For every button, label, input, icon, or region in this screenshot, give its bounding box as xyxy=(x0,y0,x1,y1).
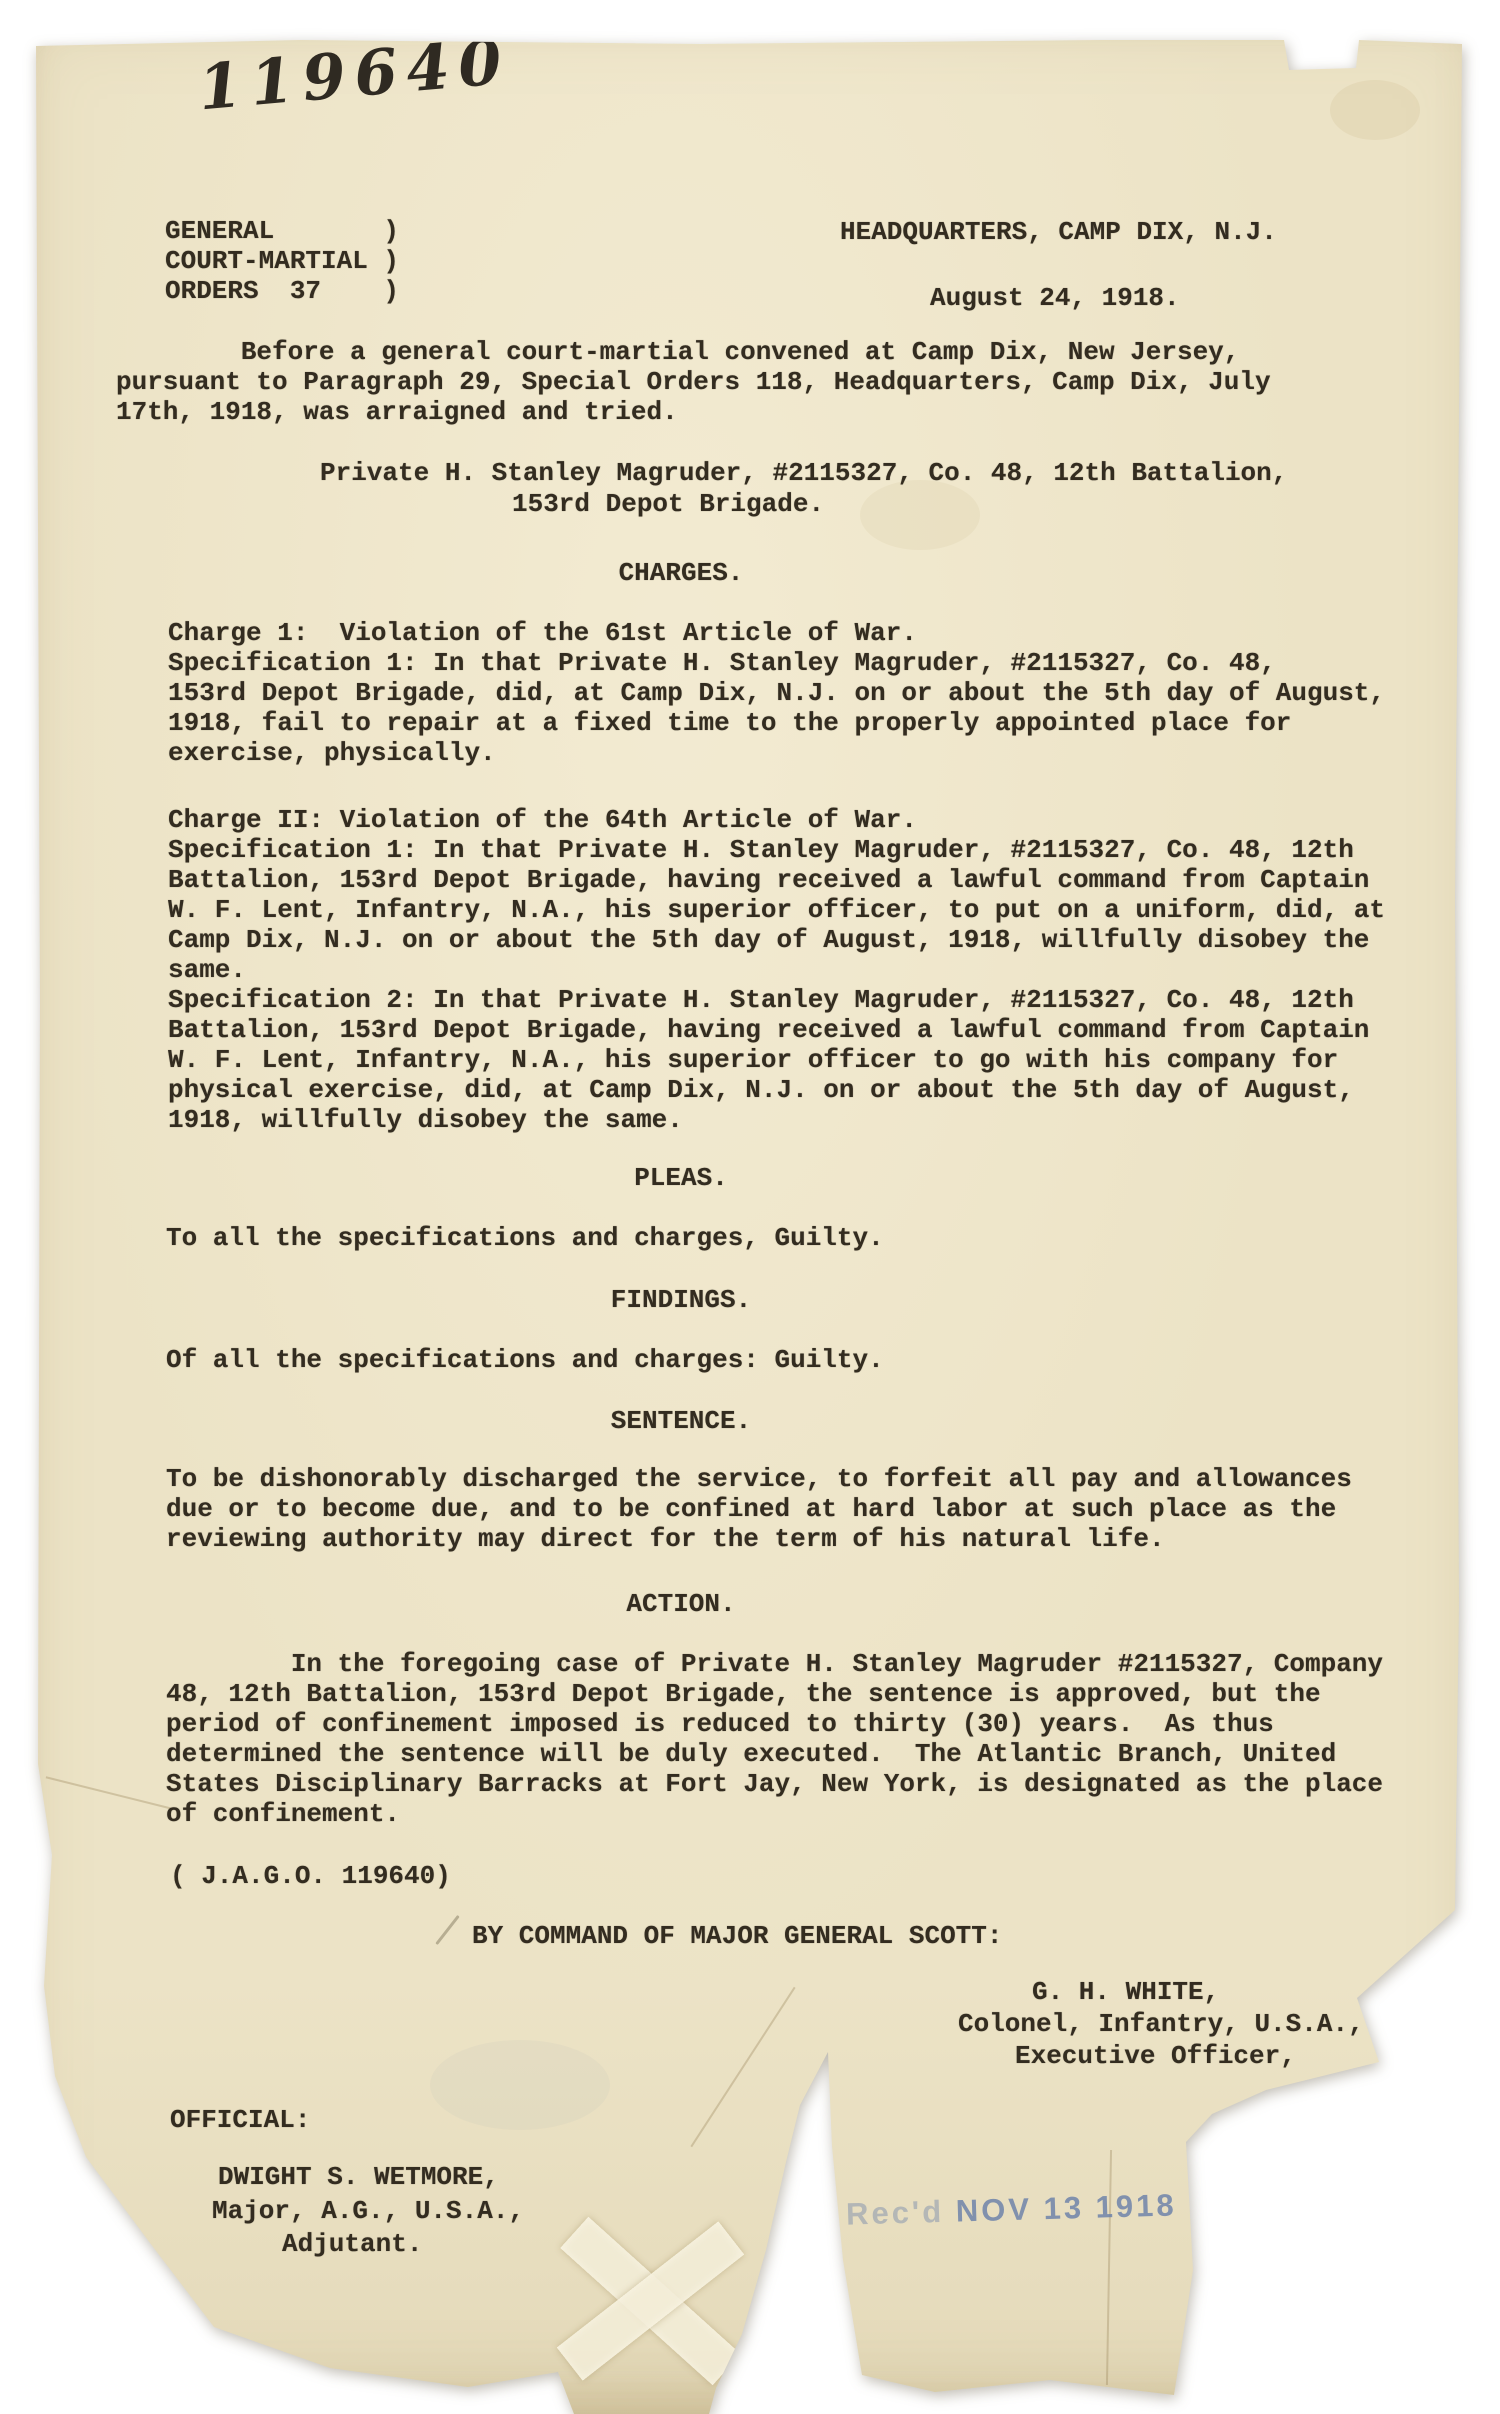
official-signature-title1: Major, A.G., U.S.A., xyxy=(212,2196,524,2226)
signature-name: G. H. WHITE, xyxy=(1032,1977,1219,2007)
jago-reference-line: ( J.A.G.O. 119640) xyxy=(170,1861,451,1891)
headquarters-line: HEADQUARTERS, CAMP DIX, N.J. xyxy=(840,217,1277,247)
stamp-date: NOV 13 1918 xyxy=(955,2187,1177,2228)
pencil-tick-mark xyxy=(435,1915,460,1945)
action-body: In the foregoing case of Private H. Stan… xyxy=(166,1649,1383,1829)
order-number-block: GENERAL ) COURT-MARTIAL ) ORDERS 37 ) xyxy=(165,216,399,306)
scan-background: 119640 GENERAL ) COURT-MARTIAL ) ORDERS … xyxy=(0,0,1500,2414)
charge2-block: Charge II: Violation of the 64th Article… xyxy=(168,805,1385,985)
official-label: OFFICIAL: xyxy=(170,2105,310,2135)
folded-tape-piece xyxy=(557,2221,744,2380)
signature-title2: Executive Officer, xyxy=(1015,2041,1296,2071)
sentence-body: To be dishonorably discharged the servic… xyxy=(166,1464,1352,1554)
findings-body: Of all the specifications and charges: G… xyxy=(166,1345,884,1375)
paper-stain xyxy=(430,2040,610,2130)
action-heading: ACTION. xyxy=(166,1589,1196,1619)
paper-shadow: 119640 GENERAL ) COURT-MARTIAL ) ORDERS … xyxy=(0,0,1500,2414)
findings-heading: FINDINGS. xyxy=(166,1285,1196,1315)
charges-heading: CHARGES. xyxy=(166,558,1196,588)
official-signature-title2: Adjutant. xyxy=(282,2229,422,2259)
paper-stain xyxy=(1330,80,1420,140)
pleas-body: To all the specifications and charges, G… xyxy=(166,1223,884,1253)
stamp-prefix: Rec'd xyxy=(846,2194,957,2232)
charge1-block: Charge 1: Violation of the 61st Article … xyxy=(168,618,1385,768)
crease-line xyxy=(1106,2150,1112,2385)
handwritten-case-number: 119640 xyxy=(195,25,513,125)
crease-line xyxy=(690,1987,795,2147)
crease-line xyxy=(46,1776,173,1809)
document-paper: 119640 GENERAL ) COURT-MARTIAL ) ORDERS … xyxy=(0,0,1500,2414)
charge2-spec2-block: Specification 2: In that Private H. Stan… xyxy=(168,985,1369,1135)
official-signature-name: DWIGHT S. WETMORE, xyxy=(218,2162,499,2192)
signature-title1: Colonel, Infantry, U.S.A., xyxy=(958,2009,1364,2039)
folded-tape-piece xyxy=(560,2217,740,2385)
accused-unit-line: 153rd Depot Brigade. xyxy=(512,489,824,519)
pleas-heading: PLEAS. xyxy=(166,1163,1196,1193)
received-date-stamp: Rec'd NOV 13 1918 xyxy=(846,2187,1178,2232)
sentence-heading: SENTENCE. xyxy=(166,1406,1196,1436)
date-line: August 24, 1918. xyxy=(930,283,1180,313)
paper-stain xyxy=(860,480,980,550)
intro-paragraph: Before a general court-martial convened … xyxy=(116,337,1271,427)
by-command-line: BY COMMAND OF MAJOR GENERAL SCOTT: xyxy=(472,1921,1003,1951)
accused-name-line: Private H. Stanley Magruder, #2115327, C… xyxy=(320,458,1287,488)
